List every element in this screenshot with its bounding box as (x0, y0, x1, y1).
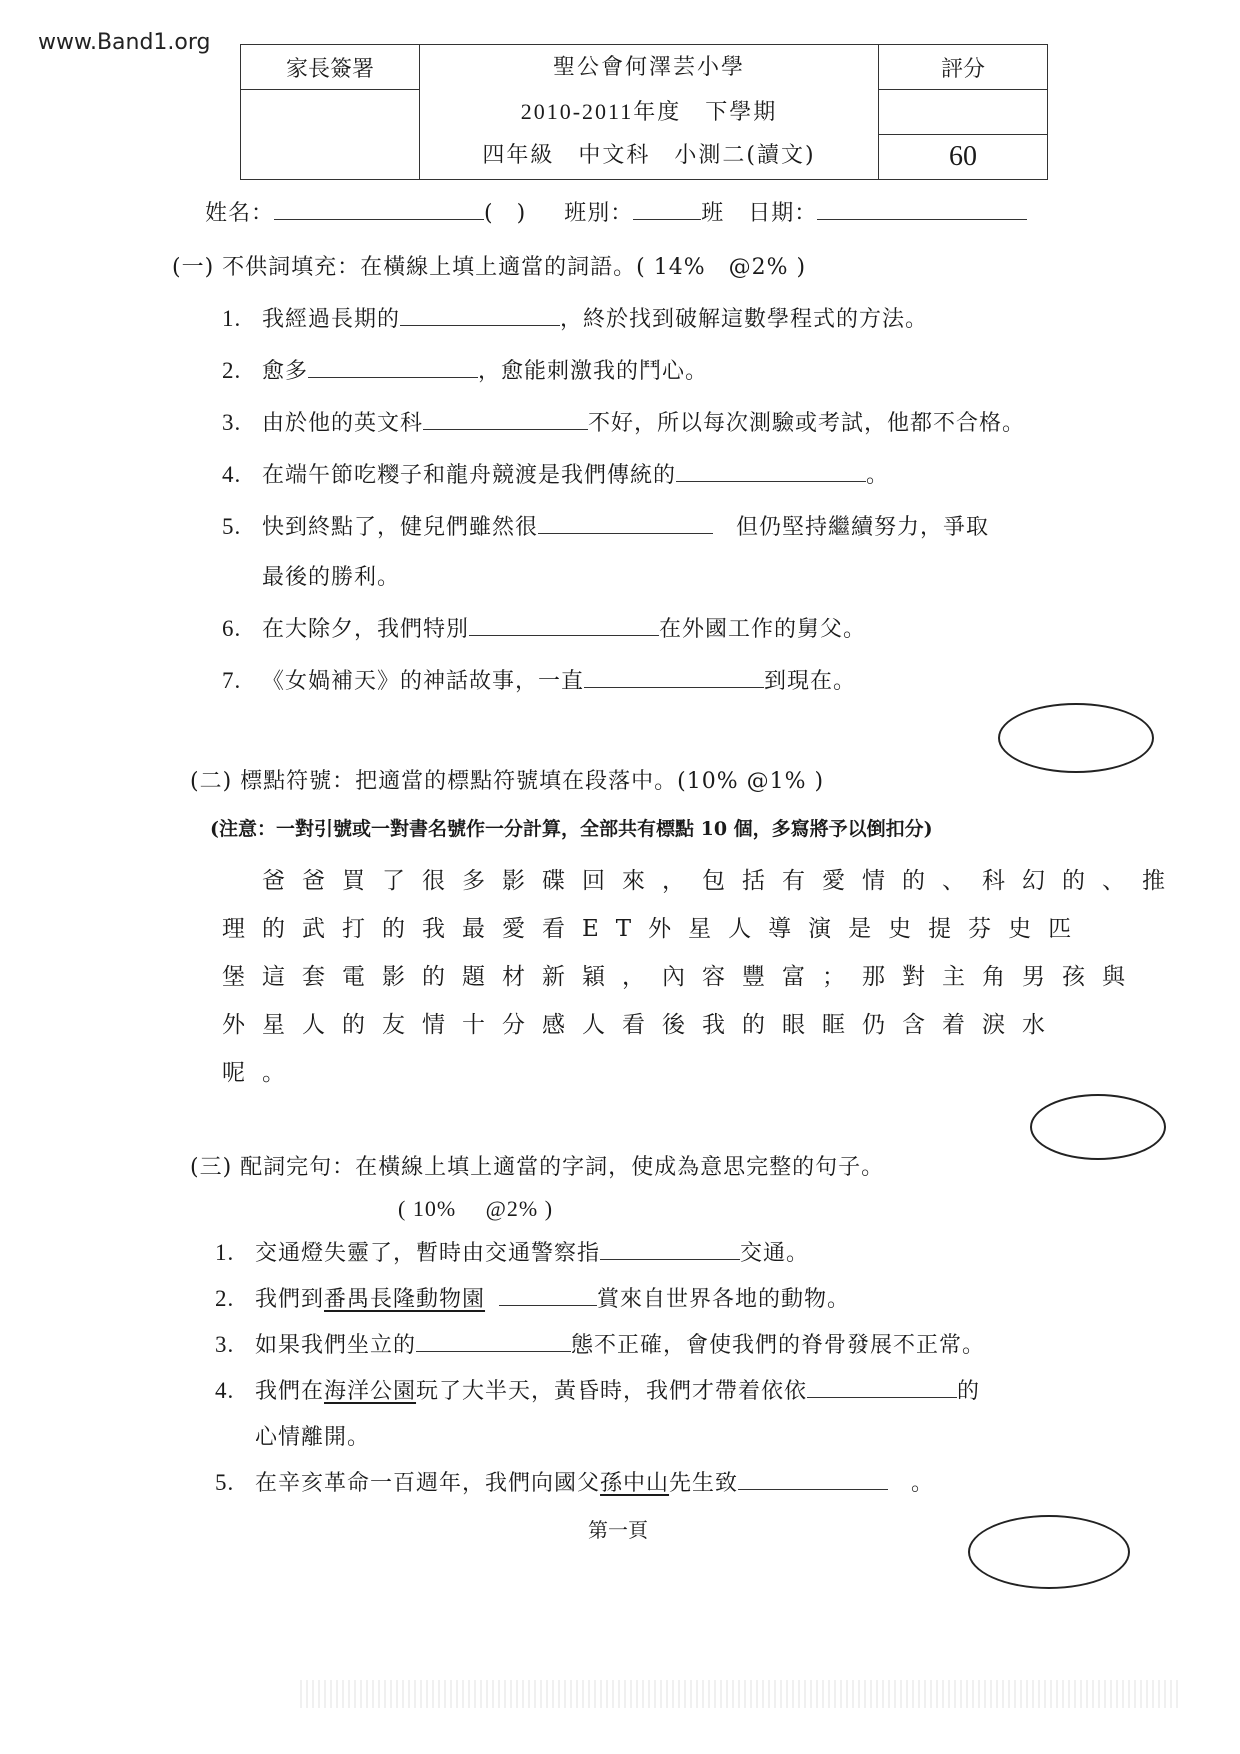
section1-score-ellipse[interactable] (998, 703, 1154, 773)
s1-item-6: 6.在大除夕，我們特別在外國工作的舅父。 (222, 612, 866, 643)
section2-score-ellipse[interactable] (1030, 1094, 1166, 1160)
score-total: 60 (879, 135, 1048, 180)
section3-title: (三) 配詞完句：在橫線上填上適當的字詞，使成為意思完整的句子。 (190, 1150, 884, 1181)
student-info-row: 姓名：( )班別：班日期： (205, 196, 1027, 227)
item-text: 如果我們坐立的 (255, 1333, 416, 1358)
section3-score-ellipse[interactable] (968, 1515, 1130, 1589)
item-text: 愈多 (262, 359, 308, 384)
score-label: 評分 (879, 45, 1048, 90)
item-text: 。 (866, 463, 889, 488)
item-text: 玩了大半天，黃昏時，我們才帶着依依 (416, 1379, 807, 1404)
class-field[interactable] (633, 199, 701, 220)
item-text: 在端午節吃糭子和龍舟競渡是我們傳統的 (262, 463, 676, 488)
item-text: 在大除夕，我們特別 (262, 617, 469, 642)
item-text: 《女媧補天》的神話故事，一直 (262, 669, 584, 694)
exam-title: 四年級 中文科 小測二(讀文) (420, 134, 878, 178)
item-text: ，愈能刺激我的鬥心。 (478, 359, 708, 384)
item-text: 由於他的英文科 (262, 411, 423, 436)
item-text: 快到終點了，健兒們雖然很 (262, 515, 538, 540)
score-box[interactable] (879, 90, 1048, 135)
passage-line-3: 堡這套電影的題材新穎，內容豐富；那對主角男孩與 (222, 958, 1142, 991)
item-number: 4. (215, 1378, 255, 1404)
proper-noun: 番禺長隆動物園 (324, 1287, 485, 1312)
item-number: 1. (215, 1240, 255, 1266)
parent-signature-label: 家長簽署 (241, 45, 420, 90)
item-text: 我們在 (255, 1379, 324, 1404)
class-suffix: 班 (701, 201, 724, 226)
item-text: 。 (888, 1471, 934, 1496)
answer-blank[interactable] (499, 1285, 597, 1306)
answer-blank[interactable] (738, 1469, 888, 1490)
section3-marks: ( 10% @2% ) (398, 1192, 553, 1223)
item-text: 但仍堅持繼續努力，爭取 (713, 515, 989, 540)
parent-signature-box[interactable] (241, 90, 420, 180)
item-number: 7. (222, 668, 262, 694)
item-text: 不好，所以每次測驗或考試，他都不合格。 (588, 411, 1025, 436)
class-label: 班別： (564, 201, 633, 226)
s3-item-4-continuation: 心情離開。 (255, 1420, 370, 1451)
answer-blank[interactable] (423, 409, 588, 430)
s3-item-3: 3.如果我們坐立的態不正確，會使我們的脊骨發展不正常。 (215, 1328, 985, 1359)
item-text: 交通燈失靈了，暫時由交通警察指 (255, 1241, 600, 1266)
school-name: 聖公會何澤芸小學 (420, 46, 878, 90)
section1-title: (一) 不供詞填充：在橫線上填上適當的詞語。( 14% @2% ) (172, 250, 806, 281)
scan-noise (300, 1680, 1180, 1708)
class-number-parens: ( ) (484, 201, 526, 226)
answer-blank[interactable] (807, 1377, 957, 1398)
item-number: 4. (222, 462, 262, 488)
passage-line-4: 外星人的友情十分感人看後我的眼眶仍含着淚水 (222, 1006, 1062, 1039)
item-number: 5. (222, 514, 262, 540)
item-text: 賞來自世界各地的動物。 (597, 1287, 850, 1312)
item-number: 1. (222, 306, 262, 332)
item-text: 的 (957, 1379, 980, 1404)
date-label: 日期： (748, 201, 817, 226)
answer-blank[interactable] (416, 1331, 571, 1352)
item-text: 我經過長期的 (262, 307, 400, 332)
answer-blank[interactable] (600, 1239, 740, 1260)
item-text: 先生致 (669, 1471, 738, 1496)
item-number: 2. (222, 358, 262, 384)
item-text: 到現在。 (764, 669, 856, 694)
answer-blank[interactable] (308, 357, 478, 378)
item-text: 在辛亥革命一百週年，我們向國父 (255, 1471, 600, 1496)
s1-item-4: 4.在端午節吃糭子和龍舟競渡是我們傳統的。 (222, 458, 889, 489)
s1-item-5-continuation: 最後的勝利。 (262, 560, 400, 591)
answer-blank[interactable] (400, 305, 560, 326)
item-text: ，終於找到破解這數學程式的方法。 (560, 307, 928, 332)
item-text: 在外國工作的舅父。 (659, 617, 866, 642)
exam-header-table: 家長簽署 聖公會何澤芸小學 2010-2011年度 下學期 四年級 中文科 小測… (240, 44, 1048, 180)
section2-note: (注意：一對引號或一對書名號作一分計算，全部共有標點 10 個，多寫將予以倒扣分… (210, 814, 933, 841)
s1-item-3: 3.由於他的英文科不好，所以每次測驗或考試，他都不合格。 (222, 406, 1025, 437)
date-field[interactable] (817, 199, 1027, 220)
s3-item-4: 4.我們在海洋公園玩了大半天，黃昏時，我們才帶着依依的 (215, 1374, 980, 1405)
item-text: 態不正確，會使我們的脊骨發展不正常。 (571, 1333, 985, 1358)
passage-line-5: 呢。 (222, 1054, 302, 1087)
s3-item-1: 1.交通燈失靈了，暫時由交通警察指交通。 (215, 1236, 809, 1267)
section2-title: (二) 標點符號：把適當的標點符號填在段落中。(10% @1% ) (190, 764, 824, 795)
proper-noun: 孫中山 (600, 1471, 669, 1496)
exam-info-cell: 聖公會何澤芸小學 2010-2011年度 下學期 四年級 中文科 小測二(讀文) (420, 45, 879, 180)
item-number: 2. (215, 1286, 255, 1312)
passage-line-1: 爸爸買了很多影碟回來，包括有愛情的、科幻的、推 (262, 862, 1182, 895)
name-field[interactable] (274, 199, 484, 220)
watermark: www.Band1.org (38, 30, 211, 55)
answer-blank[interactable] (469, 615, 659, 636)
s1-item-5: 5.快到終點了，健兒們雖然很 但仍堅持繼續努力，爭取 (222, 510, 989, 541)
item-number: 5. (215, 1470, 255, 1496)
s3-item-2: 2.我們到番禺長隆動物園賞來自世界各地的動物。 (215, 1282, 850, 1313)
item-number: 3. (215, 1332, 255, 1358)
school-year: 2010-2011年度 下學期 (420, 90, 878, 134)
passage-line-2: 理的武打的我最愛看ET外星人導演是史提芬史匹 (222, 910, 1088, 943)
s1-item-7: 7.《女媧補天》的神話故事，一直到現在。 (222, 664, 856, 695)
item-text: 我們到 (255, 1287, 324, 1312)
name-label: 姓名： (205, 201, 274, 226)
answer-blank[interactable] (584, 667, 764, 688)
answer-blank[interactable] (538, 513, 713, 534)
item-text: 交通。 (740, 1241, 809, 1266)
item-number: 3. (222, 410, 262, 436)
proper-noun: 海洋公園 (324, 1379, 416, 1404)
s3-item-5: 5.在辛亥革命一百週年，我們向國父孫中山先生致 。 (215, 1466, 934, 1497)
s1-item-1: 1.我經過長期的，終於找到破解這數學程式的方法。 (222, 302, 928, 333)
s1-item-2: 2.愈多，愈能刺激我的鬥心。 (222, 354, 708, 385)
item-number: 6. (222, 616, 262, 642)
answer-blank[interactable] (676, 461, 866, 482)
page-number: 第一頁 (588, 1514, 648, 1543)
